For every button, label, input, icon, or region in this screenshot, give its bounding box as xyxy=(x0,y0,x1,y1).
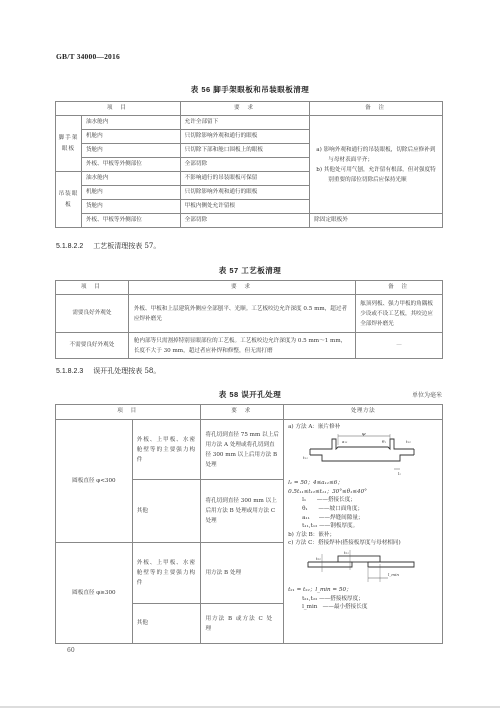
method-a-def: θ₁ ——坡口面角度； xyxy=(288,505,438,514)
standard-code: GB/T 34000—2016 xyxy=(56,52,120,61)
remark-cell: — xyxy=(356,333,443,359)
remark-cell: 舷顶列板、强力甲板的角隅板少设或不设工艺板，其咬边应全部焊补磨光 xyxy=(356,295,443,333)
clause-5-1-8-2-3: 5.1.8.2.3误开孔处理按表 58。 xyxy=(56,366,160,376)
requirement-cell: 外板、甲板和上层建筑外侧应全部刨平、光顺。工艺板咬边允许深度 0.5 mm，超过… xyxy=(128,295,355,333)
method-c-formula: t₂₁ = t₂₂；l_min = 50； xyxy=(288,586,438,595)
member-cell: 其他 xyxy=(132,604,201,644)
group-diameter-lt-300: 圆板直径 φ<300 xyxy=(56,419,133,543)
col-header-item: 项 目 xyxy=(56,102,181,116)
item-cell: 不需要良好外观处 xyxy=(56,333,129,359)
clause-text: 误开孔处理按表 58。 xyxy=(93,367,160,375)
svg-text:t₁₁: t₁₁ xyxy=(303,455,308,460)
table57-title: 表 57 工艺板清理 xyxy=(0,265,500,276)
svg-text:l_min: l_min xyxy=(388,572,399,577)
location-cell: 油水舱内 xyxy=(81,116,180,130)
svg-text:t₂₂: t₂₂ xyxy=(316,556,321,561)
requirement-cell: 只切除下部和舱口围板上的眼板 xyxy=(180,144,310,158)
svg-text:t₁₂: t₁₂ xyxy=(406,439,411,444)
table57: 项 目 要 求 备 注 需要良好外观处 外板、甲板和上层建筑外侧应全部刨平、光顺… xyxy=(55,280,443,359)
clause-5-1-8-2-2: 5.1.8.2.2工艺板清理按表 57。 xyxy=(56,241,160,251)
table58: 项 目 要 求 处理方法 圆板直径 φ<300 外板、上甲板、水密舱壁等的主要强… xyxy=(55,404,443,644)
svg-text:a₁₁: a₁₁ xyxy=(342,439,348,444)
requirement-cell: 只切除影响外观和通行的眼板 xyxy=(180,130,310,144)
method-c-def: l_min ——最小搭接长度 xyxy=(288,603,438,612)
member-cell: 其他 xyxy=(132,480,201,543)
col-header-method: 处理方法 xyxy=(284,405,443,420)
table-row: 需要良好外观处 外板、甲板和上层建筑外侧应全部刨平、光顺。工艺板咬边允许深度 0… xyxy=(56,295,443,333)
table56: 项 目 要 求 备 注 脚手架眼板 油水舱内 允许全部留下 a) 影响外观和通行… xyxy=(55,101,443,228)
location-cell: 机舱内 xyxy=(81,186,180,200)
document-page: GB/T 34000—2016 表 56 脚手架眼板和吊装眼板清理 项 目 要 … xyxy=(0,0,500,708)
group-diameter-ge-300: 圆板直径 φ≥300 xyxy=(56,543,133,644)
table-row: 不需要良好外观处 舱内部等只需割掉特别显眼部位的工艺板。工艺板咬边允许深度为 0… xyxy=(56,333,443,359)
requirement-cell: 不影响通行的吊装眼板可保留 xyxy=(180,172,310,186)
requirement-cell: 只切除影响外观和通行的眼板 xyxy=(180,186,310,200)
svg-text:t₂₁: t₂₁ xyxy=(344,550,349,555)
col-header-requirement: 要 求 xyxy=(180,102,310,116)
remark-a: a) 影响外观和通行的吊装眼板，切除后应修补到与母材表面平齐； xyxy=(316,145,436,165)
table57-header: 项 目 要 求 备 注 xyxy=(56,281,443,295)
unit-note: 单位为毫米 xyxy=(412,390,442,399)
remark-cell: 除固定眼板外 xyxy=(310,214,443,228)
table-row: 圆板直径 φ<300 外板、上甲板、水密舱壁等的主要强力构件 将孔切到直径 75… xyxy=(56,419,443,480)
location-cell: 货舱内 xyxy=(81,144,180,158)
requirement-cell: 将孔切到直径 300 mm 以上后用方法 B 处理或用方法 C 处理 xyxy=(201,480,284,543)
method-a-formula-2: 0.5t₁₁≤t₁₂≤t₁₁；30°≤θ₁≤40° xyxy=(288,488,438,497)
method-c-title: c) 方法 C：搭接焊补(搭接板厚度与母材相同) xyxy=(288,539,438,548)
requirement-cell: 舱内部等只需割掉特别显眼部位的工艺板。工艺板咬边允许深度为 0.5 mm～1 m… xyxy=(128,333,355,359)
remark-b: b) 其他处可用气刨，允许留有根部，但对强度特别重要的部位切除后应保持光顺 xyxy=(316,165,436,185)
col-header-remark: 备 注 xyxy=(310,102,443,116)
clause-number: 5.1.8.2.3 xyxy=(56,368,83,375)
location-cell: 外板、甲板等外侧部位 xyxy=(81,214,180,228)
item-cell: 需要良好外观处 xyxy=(56,295,129,333)
table56-header: 项 目 要 求 备 注 xyxy=(56,102,443,116)
clause-text: 工艺板清理按表 57。 xyxy=(93,242,160,250)
group-lifting-eyeplate: 吊装眼板 xyxy=(56,172,82,228)
group-scaffold-eyeplate: 脚手架眼板 xyxy=(56,116,82,172)
method-c-def: t₂₁,t₂₂ ——搭接板厚度； xyxy=(288,595,438,604)
method-a-formula-1: l₁ = 50；4≤a₁₁≤6； xyxy=(288,479,438,488)
method-b-title: b) 方法 B：嵌补； xyxy=(288,531,438,540)
method-a-diagram: φ a₁₁ θ₁ t₁₂ t₁₁ l₁ xyxy=(302,433,422,477)
requirement-cell: 全部切除 xyxy=(180,214,310,228)
svg-text:l₁: l₁ xyxy=(398,471,401,476)
remark-merged: a) 影响外观和通行的吊装眼板，切除后应修补到与母材表面平齐； b) 其他处可用… xyxy=(310,116,443,214)
col-header-requirement: 要 求 xyxy=(128,281,355,295)
col-header-item: 项 目 xyxy=(56,281,129,295)
location-cell: 货舱内 xyxy=(81,200,180,214)
col-header-requirement: 要 求 xyxy=(201,405,284,420)
svg-text:φ: φ xyxy=(362,433,366,437)
method-a-def: t₁₁,t₁₂ ——钢板厚度。 xyxy=(288,522,438,531)
requirement-cell: 全部切除 xyxy=(180,158,310,172)
method-a-def: a₁₁ ——焊缝间隙量； xyxy=(288,514,438,523)
table-row: 外板、甲板等外侧部位 全部切除 除固定眼板外 xyxy=(56,214,443,228)
requirement-cell: 用方法 B 或方法 C 处理 xyxy=(201,604,284,644)
member-cell: 外板、上甲板、水密舱壁等的主要强力构件 xyxy=(132,543,201,604)
method-a-title: a) 方法 A：嵌片修补 xyxy=(288,423,438,432)
location-cell: 机舱内 xyxy=(81,130,180,144)
col-header-remark: 备 注 xyxy=(356,281,443,295)
requirement-cell: 将孔切到直径 75 mm 以上后用方法 A 处理或将孔切到直径 300 mm 以… xyxy=(201,419,284,480)
svg-text:θ₁: θ₁ xyxy=(382,439,386,444)
table-row: 脚手架眼板 油水舱内 允许全部留下 a) 影响外观和通行的吊装眼板，切除后应修补… xyxy=(56,116,443,130)
location-cell: 外板、甲板等外侧部位 xyxy=(81,158,180,172)
requirement-cell: 用方法 B 处理 xyxy=(201,543,284,604)
method-cell: a) 方法 A：嵌片修补 φ a₁₁ θ₁ t₁₂ t₁₁ xyxy=(284,419,443,643)
method-c-diagram: t₂₂ t₂₁ l_min xyxy=(302,550,422,584)
requirement-cell: 甲板内侧处允许留根 xyxy=(180,200,310,214)
location-cell: 油水舱内 xyxy=(81,172,180,186)
method-a-def: l₁ ——搭接长度； xyxy=(288,496,438,505)
table58-header: 项 目 要 求 处理方法 xyxy=(56,405,443,420)
member-cell: 外板、上甲板、水密舱壁等的主要强力构件 xyxy=(132,419,201,480)
col-header-item: 项 目 xyxy=(56,405,201,420)
clause-number: 5.1.8.2.2 xyxy=(56,243,83,250)
table56-title: 表 56 脚手架眼板和吊装眼板清理 xyxy=(0,84,500,95)
requirement-cell: 允许全部留下 xyxy=(180,116,310,130)
page-number: 60 xyxy=(67,647,75,654)
